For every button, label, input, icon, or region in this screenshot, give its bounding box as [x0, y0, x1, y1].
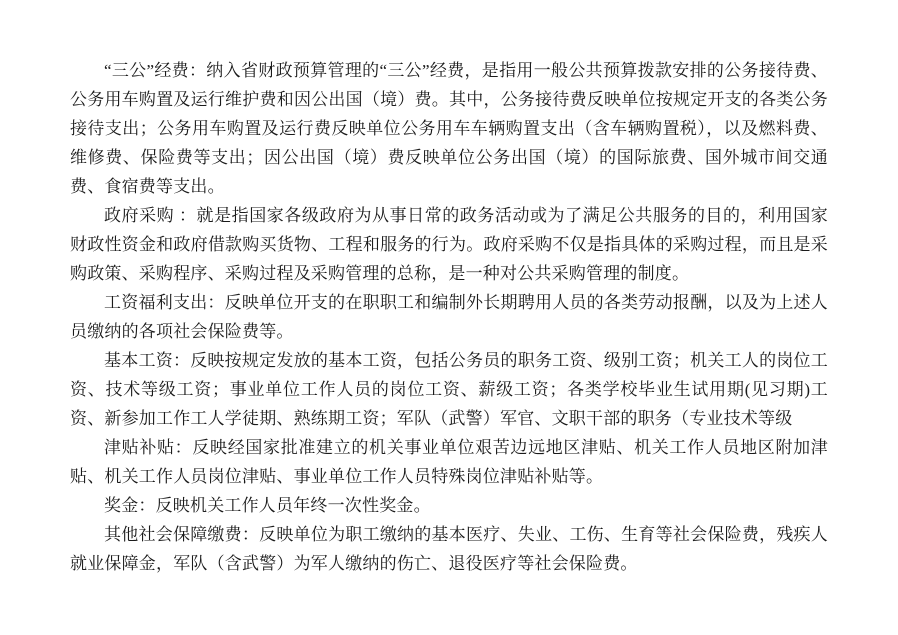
- document-page: “三公”经费：纳入省财政预算管理的“三公”经费，是指用一般公共预算拨款安排的公务…: [0, 0, 898, 635]
- paragraph-three-public-funds: “三公”经费：纳入省财政预算管理的“三公”经费，是指用一般公共预算拨款安排的公务…: [70, 56, 828, 201]
- paragraph-allowances-subsidies: 津贴补贴：反映经国家批准建立的机关事业单位艰苦边远地区津贴、机关工作人员地区附加…: [70, 433, 828, 491]
- paragraph-government-procurement: 政府采购 ：就是指国家各级政府为从事日常的政务活动或为了满足公共服务的目的，利用…: [70, 201, 828, 288]
- paragraph-basic-salary: 基本工资：反映按规定发放的基本工资，包括公务员的职务工资、级别工资；机关工人的岗…: [70, 346, 828, 433]
- paragraph-bonus: 奖金：反映机关工作人员年终一次性奖金。: [70, 491, 828, 520]
- paragraph-wage-welfare-expenditure: 工资福利支出：反映单位开支的在职职工和编制外长期聘用人员的各类劳动报酬，以及为上…: [70, 288, 828, 346]
- paragraph-other-social-security-contributions: 其他社会保障缴费：反映单位为职工缴纳的基本医疗、失业、工伤、生育等社会保险费，残…: [70, 520, 828, 578]
